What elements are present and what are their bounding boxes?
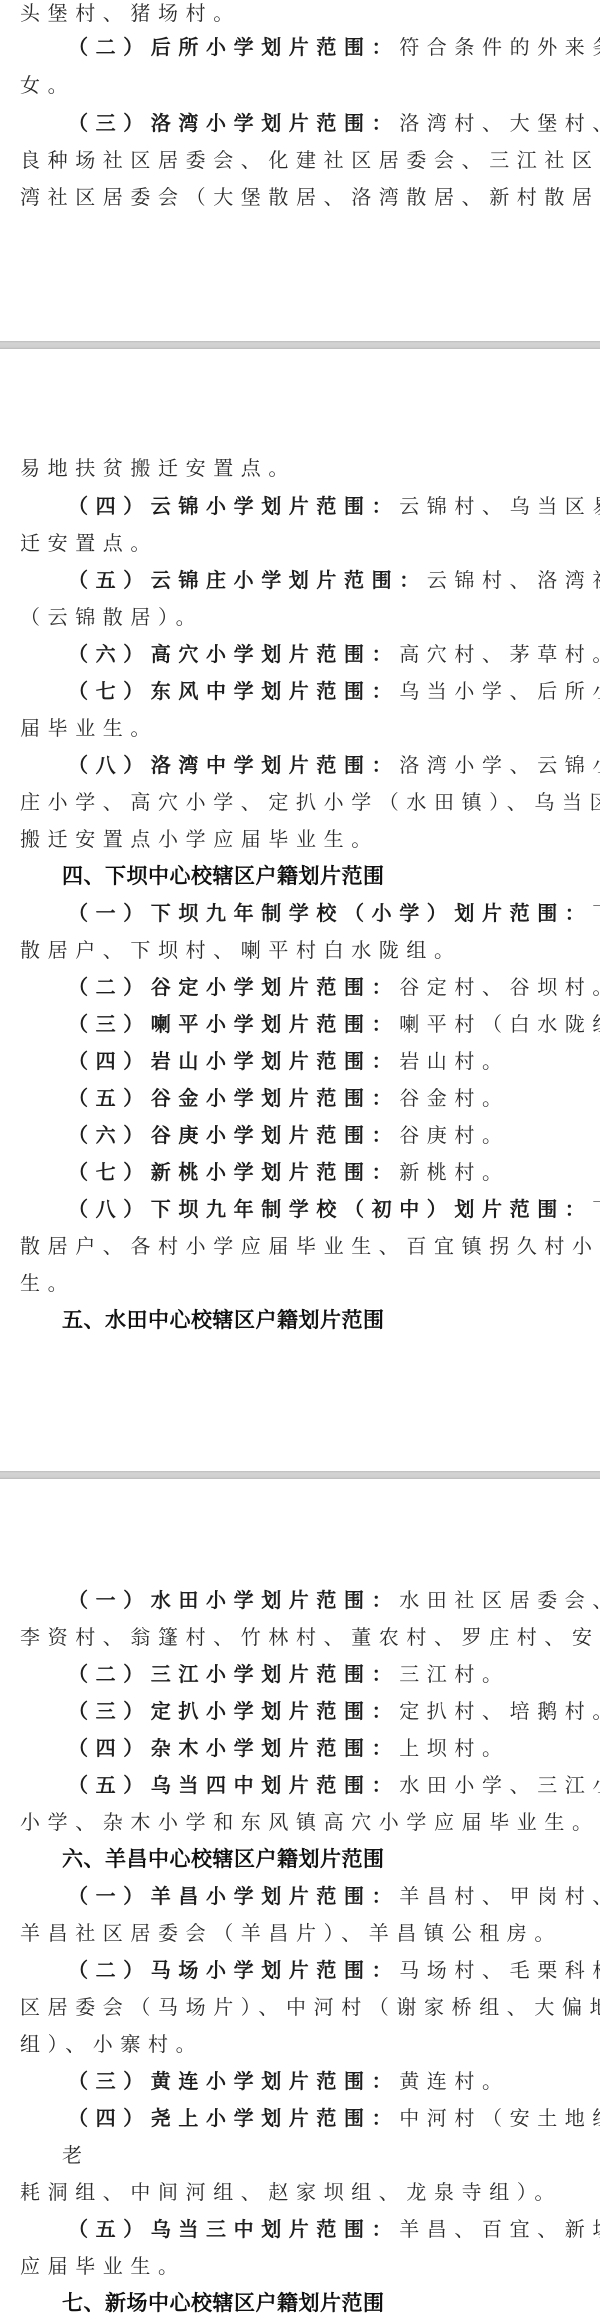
paragraph-line: 羊昌社区居委会（羊昌片）、羊昌镇公租房。 <box>20 1920 562 1946</box>
paragraph-line: 散居户、下坝村、喇平村白水陇组。 <box>20 937 462 963</box>
item-text: 水田小学、三江小学、定扒 <box>399 1773 600 1797</box>
document-page-3: （一）水田小学划片范围：水田社区居委会、水田村、李资村、翁篷村、竹林村、董农村、… <box>0 1479 600 2317</box>
item-label: （三）洛湾小学划片范围： <box>68 111 399 135</box>
item-text: 黄连村。 <box>399 2069 509 2093</box>
list-item: （一）水田小学划片范围：水田社区居委会、水田村、 <box>68 1587 600 1613</box>
item-label: （四）岩山小学划片范围： <box>68 1049 399 1073</box>
item-text: 定扒村、培鹅村。 <box>399 1699 600 1723</box>
item-label: （五）谷金小学划片范围： <box>68 1086 399 1110</box>
item-label: （六）高穴小学划片范围： <box>68 642 399 666</box>
item-label: （四）尧上小学划片范围： <box>68 2106 399 2130</box>
item-label: （七）东风中学划片范围： <box>68 679 399 703</box>
item-label: （五）云锦庄小学划片范围： <box>68 568 427 592</box>
paragraph-line: 生。 <box>20 1270 75 1296</box>
item-text: 上坝村。 <box>399 1736 509 1760</box>
page-break-separator <box>0 1471 600 1479</box>
paragraph-line: 区居委会（马场片）、中河村（谢家桥组、大偏地组、龙塘 <box>20 1994 600 2020</box>
list-item: （六）高穴小学划片范围：高穴村、茅草村。 <box>68 641 600 667</box>
item-label: （七）新桃小学划片范围： <box>68 1160 399 1184</box>
list-item: （四）杂木小学划片范围：上坝村。 <box>68 1735 510 1761</box>
item-text: 下坝镇机关 <box>592 1197 600 1221</box>
list-item: （五）谷金小学划片范围：谷金村。 <box>68 1085 510 1111</box>
item-text: 新桃村。 <box>399 1160 509 1184</box>
item-text: 洛湾村、大堡村、新村村、 <box>399 111 600 135</box>
item-label: （二）三江小学划片范围： <box>68 1662 399 1686</box>
list-item: （七）东风中学划片范围：乌当小学、后所小学小学应 <box>68 678 600 704</box>
item-text: 符合条件的外来务工随迁子 <box>399 35 600 59</box>
paragraph-line: 易地扶贫搬迁安置点。 <box>20 455 296 481</box>
paragraph-line: 应届毕业生。 <box>20 2253 186 2279</box>
item-label: （二）后所小学划片范围： <box>68 35 399 59</box>
item-label: （五）乌当四中划片范围： <box>68 1773 399 1797</box>
paragraph-line: 散居户、各村小学应届毕业生、百宜镇拐久村小学应届毕业 <box>20 1233 600 1259</box>
list-item: （四）尧上小学划片范围：中河村（安土地组、尧上组、 <box>68 2105 600 2131</box>
item-label: （四）杂木小学划片范围： <box>68 1736 399 1760</box>
list-item: （三）定扒小学划片范围：定扒村、培鹅村。 <box>68 1698 600 1724</box>
item-text: 水田社区居委会、水田村、 <box>399 1588 600 1612</box>
list-item: （二）三江小学划片范围：三江村。 <box>68 1661 510 1687</box>
list-item: （五）云锦庄小学划片范围：云锦村、洛湾社区居委会 <box>68 567 600 593</box>
item-label: （六）谷庚小学划片范围： <box>68 1123 399 1147</box>
paragraph-line: 湾社区居委会（大堡散居、洛湾散居、新村散居）、乌当区 <box>20 184 600 210</box>
item-text: 云锦村、洛湾社区居委会 <box>427 568 600 592</box>
item-text: 谷定村、谷坝村。 <box>399 975 600 999</box>
paragraph-line: 组）、小寨村。 <box>20 2031 203 2057</box>
section-heading: 六、羊昌中心校辖区户籍划片范围 <box>62 1846 385 1872</box>
item-text: 喇平村（白水陇组除外）。 <box>399 1012 600 1036</box>
list-item: （八）下坝九年制学校（初中）划片范围：下坝镇机关 <box>68 1196 600 1222</box>
section-heading: 四、下坝中心校辖区户籍划片范围 <box>62 863 385 889</box>
paragraph-line: 庄小学、高穴小学、定扒小学（水田镇）、乌当区易地扶贫 <box>20 789 600 815</box>
item-text: 高穴村、茅草村。 <box>399 642 600 666</box>
list-item: （八）洛湾中学划片范围：洛湾小学、云锦小学、云锦 <box>68 752 600 778</box>
item-text: 马场村、毛栗科村、羊昌社 <box>399 1958 600 1982</box>
section-heading: 七、新场中心校辖区户籍划片范围 <box>62 2290 385 2316</box>
paragraph-line: 小学、杂木小学和东风镇高穴小学应届毕业生。 <box>20 1809 600 1835</box>
list-item: （三）洛湾小学划片范围：洛湾村、大堡村、新村村、 <box>68 110 600 136</box>
paragraph-line: 耗洞组、中间河组、赵家坝组、龙泉寺组）。 <box>20 2179 562 2205</box>
item-label: （五）乌当三中划片范围： <box>68 2217 399 2241</box>
item-text: 云锦村、乌当区易地扶贫搬 <box>399 494 600 518</box>
list-item: （四）云锦小学划片范围：云锦村、乌当区易地扶贫搬 <box>68 493 600 519</box>
item-label: （三）定扒小学划片范围： <box>68 1699 399 1723</box>
paragraph-line: 迁安置点。 <box>20 530 158 556</box>
section-heading: 五、水田中心校辖区户籍划片范围 <box>62 1307 385 1333</box>
item-label: （三）黄连小学划片范围： <box>68 2069 399 2093</box>
item-text: 三江村。 <box>399 1662 509 1686</box>
paragraph-line: 良种场社区居委会、化建社区居委会、三江社区居委会、洛 <box>20 147 600 173</box>
item-label: （四）云锦小学划片范围： <box>68 494 399 518</box>
list-item: （二）后所小学划片范围：符合条件的外来务工随迁子 <box>68 34 600 60</box>
item-text: 羊昌、百宜、新场三地小学 <box>399 2217 600 2241</box>
paragraph-line: 搬迁安置点小学应届毕业生。 <box>20 826 379 852</box>
list-item: （四）岩山小学划片范围：岩山村。 <box>68 1048 510 1074</box>
item-label: （一）下坝九年制学校（小学）划片范围： <box>68 901 592 925</box>
list-item: （六）谷庚小学划片范围：谷庚村。 <box>68 1122 510 1148</box>
item-text: 谷庚村。 <box>399 1123 509 1147</box>
list-item: （五）乌当三中划片范围：羊昌、百宜、新场三地小学 <box>68 2216 600 2242</box>
list-item: （一）下坝九年制学校（小学）划片范围：下坝镇机关 <box>68 900 600 926</box>
item-text: 洛湾小学、云锦小学、云锦 <box>399 753 600 777</box>
item-text: 岩山村。 <box>399 1049 509 1073</box>
item-text: 中河村（安土地组、尧上组、 <box>399 2106 600 2130</box>
item-label: （二）马场小学划片范围： <box>68 1958 399 1982</box>
document-page-2: 易地扶贫搬迁安置点。（四）云锦小学划片范围：云锦村、乌当区易地扶贫搬迁安置点。（… <box>0 349 600 1471</box>
list-item: （三）黄连小学划片范围：黄连村。 <box>68 2068 510 2094</box>
paragraph-line: 老 <box>62 2142 90 2168</box>
item-label: （一）羊昌小学划片范围： <box>68 1884 399 1908</box>
paragraph-line: 李资村、翁篷村、竹林村、董农村、罗庄村、安多村。 <box>20 1624 600 1650</box>
list-item: （二）谷定小学划片范围：谷定村、谷坝村。 <box>68 974 600 1000</box>
page-break-separator <box>0 341 600 349</box>
item-text: 乌当小学、后所小学小学应 <box>399 679 600 703</box>
item-text: 下坝镇机关 <box>592 901 600 925</box>
list-item: （二）马场小学划片范围：马场村、毛栗科村、羊昌社 <box>68 1957 600 1983</box>
list-item: （一）羊昌小学划片范围：羊昌村、甲岗村、平坝村、 <box>68 1883 600 1909</box>
list-item: （七）新桃小学划片范围：新桃村。 <box>68 1159 510 1185</box>
item-label: （八）下坝九年制学校（初中）划片范围： <box>68 1197 592 1221</box>
document-page-1: 头堡村、猪场村。（二）后所小学划片范围：符合条件的外来务工随迁子女。（三）洛湾小… <box>0 0 600 341</box>
paragraph-line: 头堡村、猪场村。 <box>20 0 241 26</box>
paragraph-line: 女。 <box>20 72 75 98</box>
list-item: （五）乌当四中划片范围：水田小学、三江小学、定扒 <box>68 1772 600 1798</box>
item-label: （三）喇平小学划片范围： <box>68 1012 399 1036</box>
item-label: （二）谷定小学划片范围： <box>68 975 399 999</box>
item-label: （八）洛湾中学划片范围： <box>68 753 399 777</box>
list-item: （三）喇平小学划片范围：喇平村（白水陇组除外）。 <box>68 1011 600 1037</box>
item-label: （一）水田小学划片范围： <box>68 1588 399 1612</box>
paragraph-line: （云锦散居）。 <box>20 604 203 630</box>
paragraph-line: 届毕业生。 <box>20 715 158 741</box>
item-text: 羊昌村、甲岗村、平坝村、 <box>399 1884 600 1908</box>
item-text: 谷金村。 <box>399 1086 509 1110</box>
